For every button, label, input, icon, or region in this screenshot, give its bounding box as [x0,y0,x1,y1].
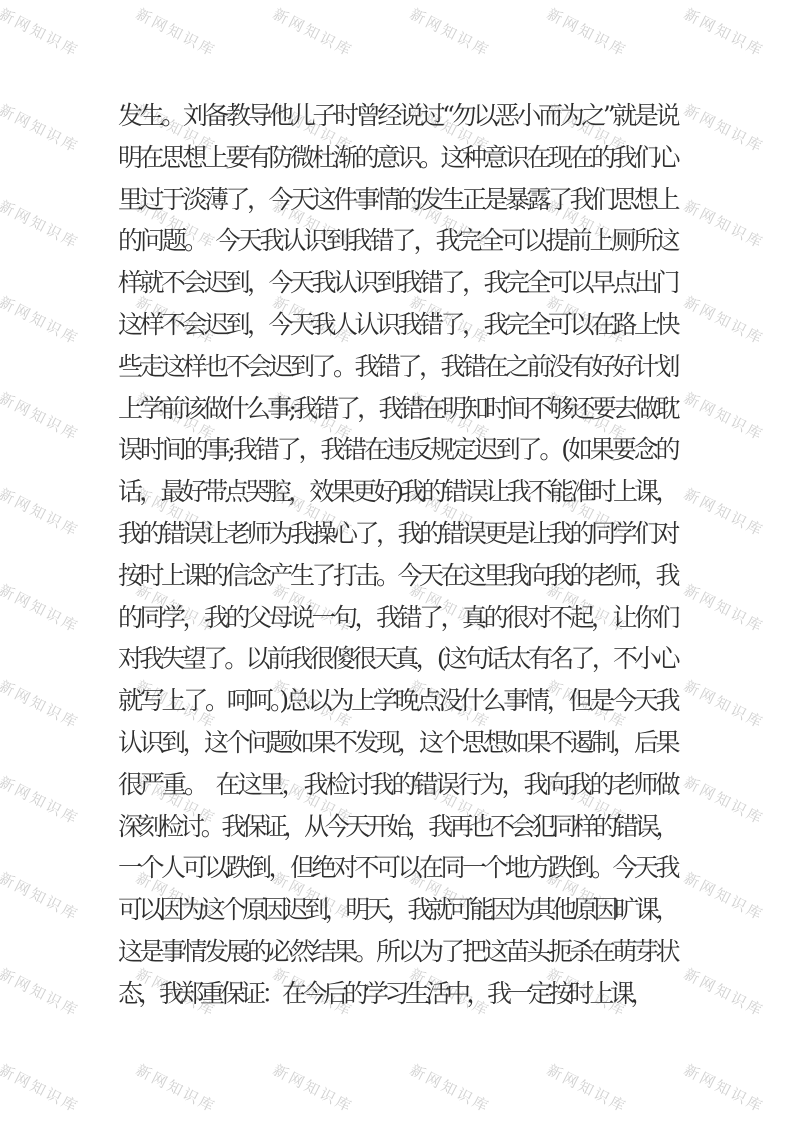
watermark-text: 新网知识库 [680,867,768,925]
watermark-text: 新网知识库 [0,291,83,349]
text-line: 很严重。 在这里，我检讨我的错误行为，我向我的老师做 [118,764,676,806]
watermark-text: 新网知识库 [680,3,768,61]
watermark-text: 新网知识库 [680,291,768,349]
text-line: 按时上课的信念产生了打击。今天在这里我向我的老师，我 [118,555,676,597]
text-line: 深刻检讨。我保证，从今天开始，我再也不会犯同样的错误， [118,806,676,848]
text-line: 可以因为这个原因迟到，明天，我就可能因为其他原因旷课， [118,889,676,931]
watermark-text: 新网知识库 [0,3,83,61]
watermark-text: 新网知识库 [0,675,83,733]
text-line: 就写上了。呵呵。)总以为上学晚点没什么事情，但是今天我 [118,680,676,722]
document-page: 新网知识库新网知识库新网知识库新网知识库新网知识库新网知识库新网知识库新网知识库… [0,0,793,1122]
watermark-text: 新网知识库 [269,3,357,61]
watermark-text: 新网知识库 [680,387,768,445]
watermark-text: 新网知识库 [0,387,83,445]
watermark-text: 新网知识库 [543,1059,631,1117]
document-text: 发生。刘备教导他儿子时曾经说过“勿以恶小而为之”就是说明在思想上要有防微杜渐的意… [118,95,676,1015]
watermark-text: 新网知识库 [0,99,83,157]
text-line: 的同学，我的父母说一句，我错了，真的很对不起，让你们 [118,597,676,639]
watermark-text: 新网知识库 [406,1059,494,1117]
text-line: 些走这样也不会迟到了。我错了，我错在之前没有好好计划 [118,346,676,388]
text-line: 态，我郑重保证：在今后的学习生活中，我一定按时上课， [118,973,676,1015]
watermark-text: 新网知识库 [680,99,768,157]
text-line: 我的错误让老师为我操心了，我的错误更是让我的同学们对 [118,513,676,555]
text-line: 上学前该做什么事;我错了，我错在明知时间不够还要去做耽 [118,388,676,430]
watermark-text: 新网知识库 [132,3,220,61]
watermark-text: 新网知识库 [680,483,768,541]
text-line: 这样不会迟到，今天我人认识我错了，我完全可以在路上快 [118,304,676,346]
watermark-text: 新网知识库 [680,195,768,253]
watermark-text: 新网知识库 [406,3,494,61]
watermark-text: 新网知识库 [0,483,83,541]
text-line: 里过于淡薄了，今天这件事情的发生正是暴露了我们思想上 [118,179,676,221]
text-line: 发生。刘备教导他儿子时曾经说过“勿以恶小而为之”就是说 [118,95,676,137]
watermark-text: 新网知识库 [0,195,83,253]
watermark-text: 新网知识库 [680,963,768,1021]
text-line: 对我失望了。以前我很傻很天真，(这句话太有名了，不小心 [118,638,676,680]
watermark-text: 新网知识库 [543,3,631,61]
watermark-text: 新网知识库 [0,771,83,829]
watermark-text: 新网知识库 [0,579,83,637]
text-line: 话，最好带点哭腔，效果更好)我的错误让我不能准时上课， [118,471,676,513]
watermark-text: 新网知识库 [680,675,768,733]
text-line: 认识到，这个问题如果不发现，这个思想如果不遏制，后果 [118,722,676,764]
text-line: 的问题。 今天我认识到我错了，我完全可以提前上厕所这 [118,220,676,262]
text-line: 一个人可以跌倒，但绝对不可以在同一个地方跌倒。今天我 [118,847,676,889]
text-line: 误时间的事;我错了，我错在违反规定迟到了。(如果要念的 [118,429,676,471]
watermark-text: 新网知识库 [0,963,83,1021]
watermark-text: 新网知识库 [0,867,83,925]
text-line: 样就不会迟到，今天我认识到我错了，我完全可以早点出门 [118,262,676,304]
watermark-text: 新网知识库 [680,1059,768,1117]
text-line: 明在思想上要有防微杜渐的意识。这种意识在现在的我们心 [118,137,676,179]
watermark-text: 新网知识库 [680,579,768,637]
text-line: 这是事情发展的必然结果。所以为了把这苗头扼杀在萌芽状 [118,931,676,973]
watermark-text: 新网知识库 [0,1059,83,1117]
watermark-text: 新网知识库 [680,771,768,829]
watermark-text: 新网知识库 [132,1059,220,1117]
watermark-text: 新网知识库 [269,1059,357,1117]
